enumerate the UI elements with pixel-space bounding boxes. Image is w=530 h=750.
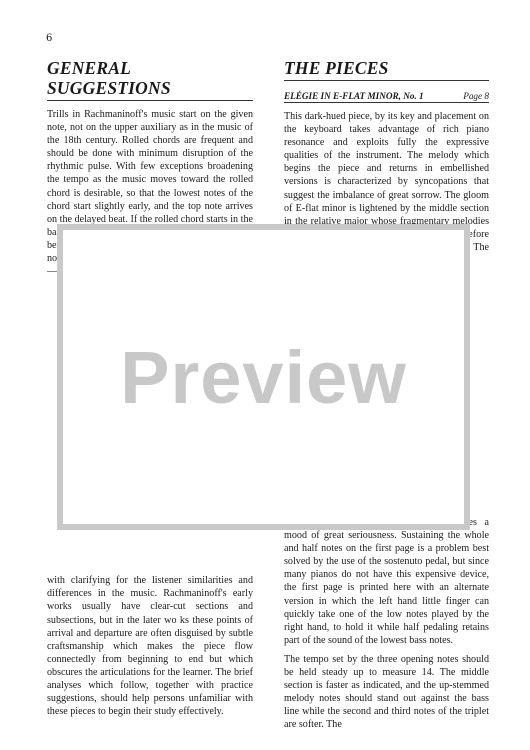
- section-title-the-pieces: THE PIECES: [284, 58, 489, 81]
- general-suggestions-paragraph-bottom: with clarifying for the listener similar…: [47, 574, 253, 718]
- piece-page-ref: Page 8: [463, 91, 489, 101]
- second-piece-section: because the music immediately establishe…: [284, 516, 489, 732]
- piece-heading-elegie: ELÉGIE IN E-FLAT MINOR, No. 1 Page 8: [284, 91, 489, 103]
- second-piece-paragraph-2: The tempo set by the three opening notes…: [284, 653, 489, 732]
- second-piece-paragraph: because the music immediately establishe…: [284, 516, 489, 647]
- page-number: 6: [46, 33, 52, 44]
- preview-watermark-text: Preview: [120, 335, 407, 420]
- piece-title: ELÉGIE IN E-FLAT MINOR, No. 1: [284, 91, 424, 101]
- section-title-general-suggestions: GENERAL SUGGESTIONS: [47, 58, 253, 101]
- preview-watermark-overlay: Preview: [57, 224, 470, 530]
